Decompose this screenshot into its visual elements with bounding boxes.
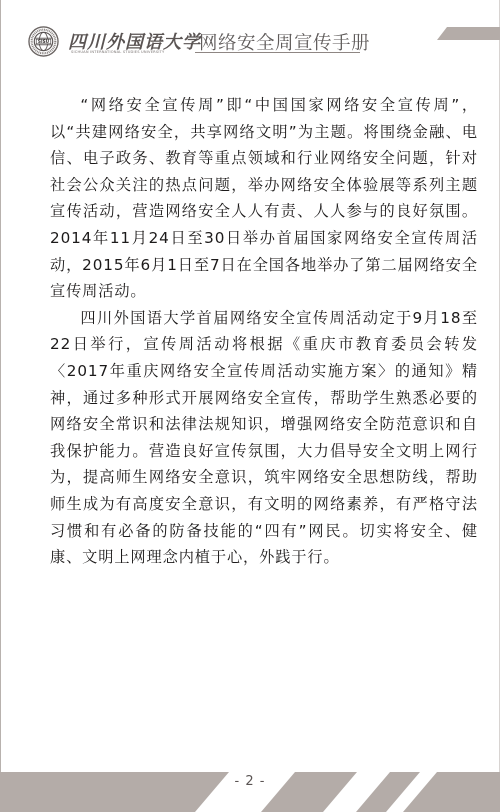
university-emblem-icon: SISU — [28, 26, 59, 57]
page-footer: - 2 - — [0, 772, 500, 812]
page-header: SISU 四川外国语大学 SICHUAN INTERNATIONAL STUDI… — [0, 0, 500, 80]
paragraph-intro: “网络安全宣传周”即“中国国家网络安全宣传周”，以“共建网络安全，共享网络文明”… — [50, 92, 478, 305]
page-left-border — [0, 0, 1, 773]
title-underline-divider — [195, 52, 360, 53]
header-corner-tab-decoration — [437, 27, 500, 40]
paragraph-sisu-event: 四川外国语大学首届网络安全宣传周活动定于9月18至22日举行，宣传周活动将根据《… — [50, 305, 478, 571]
university-name-en: SICHUAN INTERNATIONAL STUDIES UNIVERSITY — [71, 50, 164, 54]
document-body: “网络安全宣传周”即“中国国家网络安全宣传周”，以“共建网络安全，共享网络文明”… — [50, 92, 478, 571]
svg-text:SISU: SISU — [38, 39, 50, 45]
page-number: - 2 - — [0, 774, 500, 789]
